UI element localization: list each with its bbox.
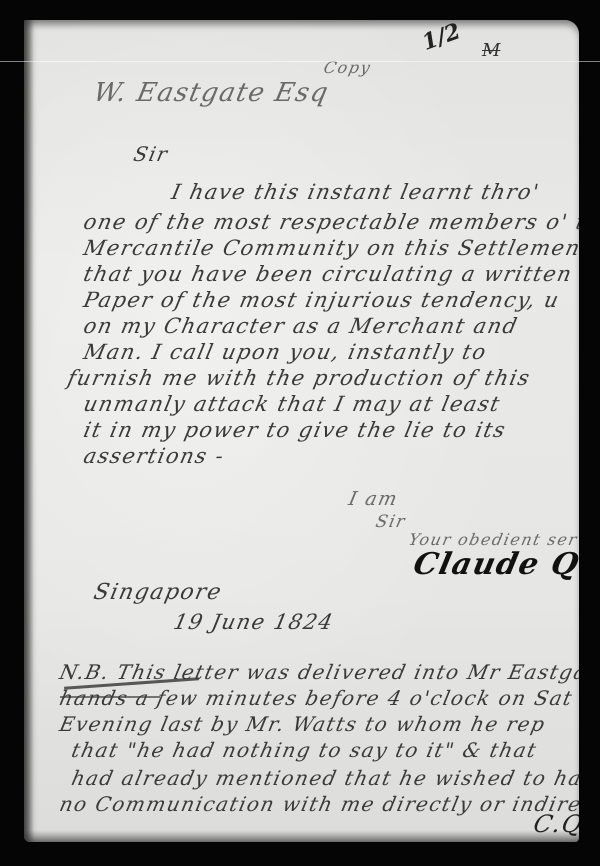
- postscript-line: that "he had nothing to say to it" & tha…: [69, 738, 539, 762]
- archive-reference-mark: 1/2: [419, 20, 464, 56]
- body-line: it in my power to give the lie to its: [81, 418, 508, 442]
- body-line: I have this instant learnt thro': [169, 180, 542, 204]
- body-line: unmanly attack that I may at least: [81, 392, 503, 416]
- scanned-document: 1/2 M Copy W. Eastgate Esq Sir I have th…: [0, 0, 600, 866]
- body-line: Paper of the most injurious tendency, u: [81, 288, 562, 312]
- body-line: Mercantile Community on this Settlement: [81, 236, 579, 260]
- addressee: W. Eastgate Esq: [91, 78, 332, 108]
- body-line: Man. I call upon you, instantly to: [81, 340, 489, 364]
- body-line: furnish me with the production of this: [65, 366, 532, 390]
- signature: Claude Queiroz: [410, 547, 579, 582]
- letter-page: 1/2 M Copy W. Eastgate Esq Sir I have th…: [24, 20, 579, 842]
- body-line: assertions -: [81, 444, 227, 468]
- closing-line: I am: [347, 488, 401, 510]
- scan-artifact-line: [0, 61, 600, 62]
- closing-line: Sir: [374, 512, 408, 532]
- postscript-line: hands a few minutes before 4 o'clock on …: [57, 686, 575, 710]
- postscript-line: no Communication with me directly or ind…: [57, 792, 579, 816]
- postscript-line: N.B. This letter was delivered into Mr E…: [57, 660, 579, 684]
- salutation: Sir: [131, 142, 170, 166]
- place: Singapore: [91, 580, 224, 605]
- struck-reference-mark: M: [482, 40, 500, 61]
- postscript-line: Evening last by Mr. Watts to whom he rep: [57, 712, 548, 736]
- body-line: one of the most respectable members o' t…: [81, 210, 579, 234]
- body-line: on my Character as a Merchant and: [81, 314, 520, 338]
- body-line: that you have been circulating a written: [81, 262, 575, 286]
- postscript-line: had already mentioned that he wished to …: [69, 766, 579, 790]
- postscript-initials: C.Q.: [531, 810, 579, 838]
- date: 19 June 1824: [171, 610, 336, 634]
